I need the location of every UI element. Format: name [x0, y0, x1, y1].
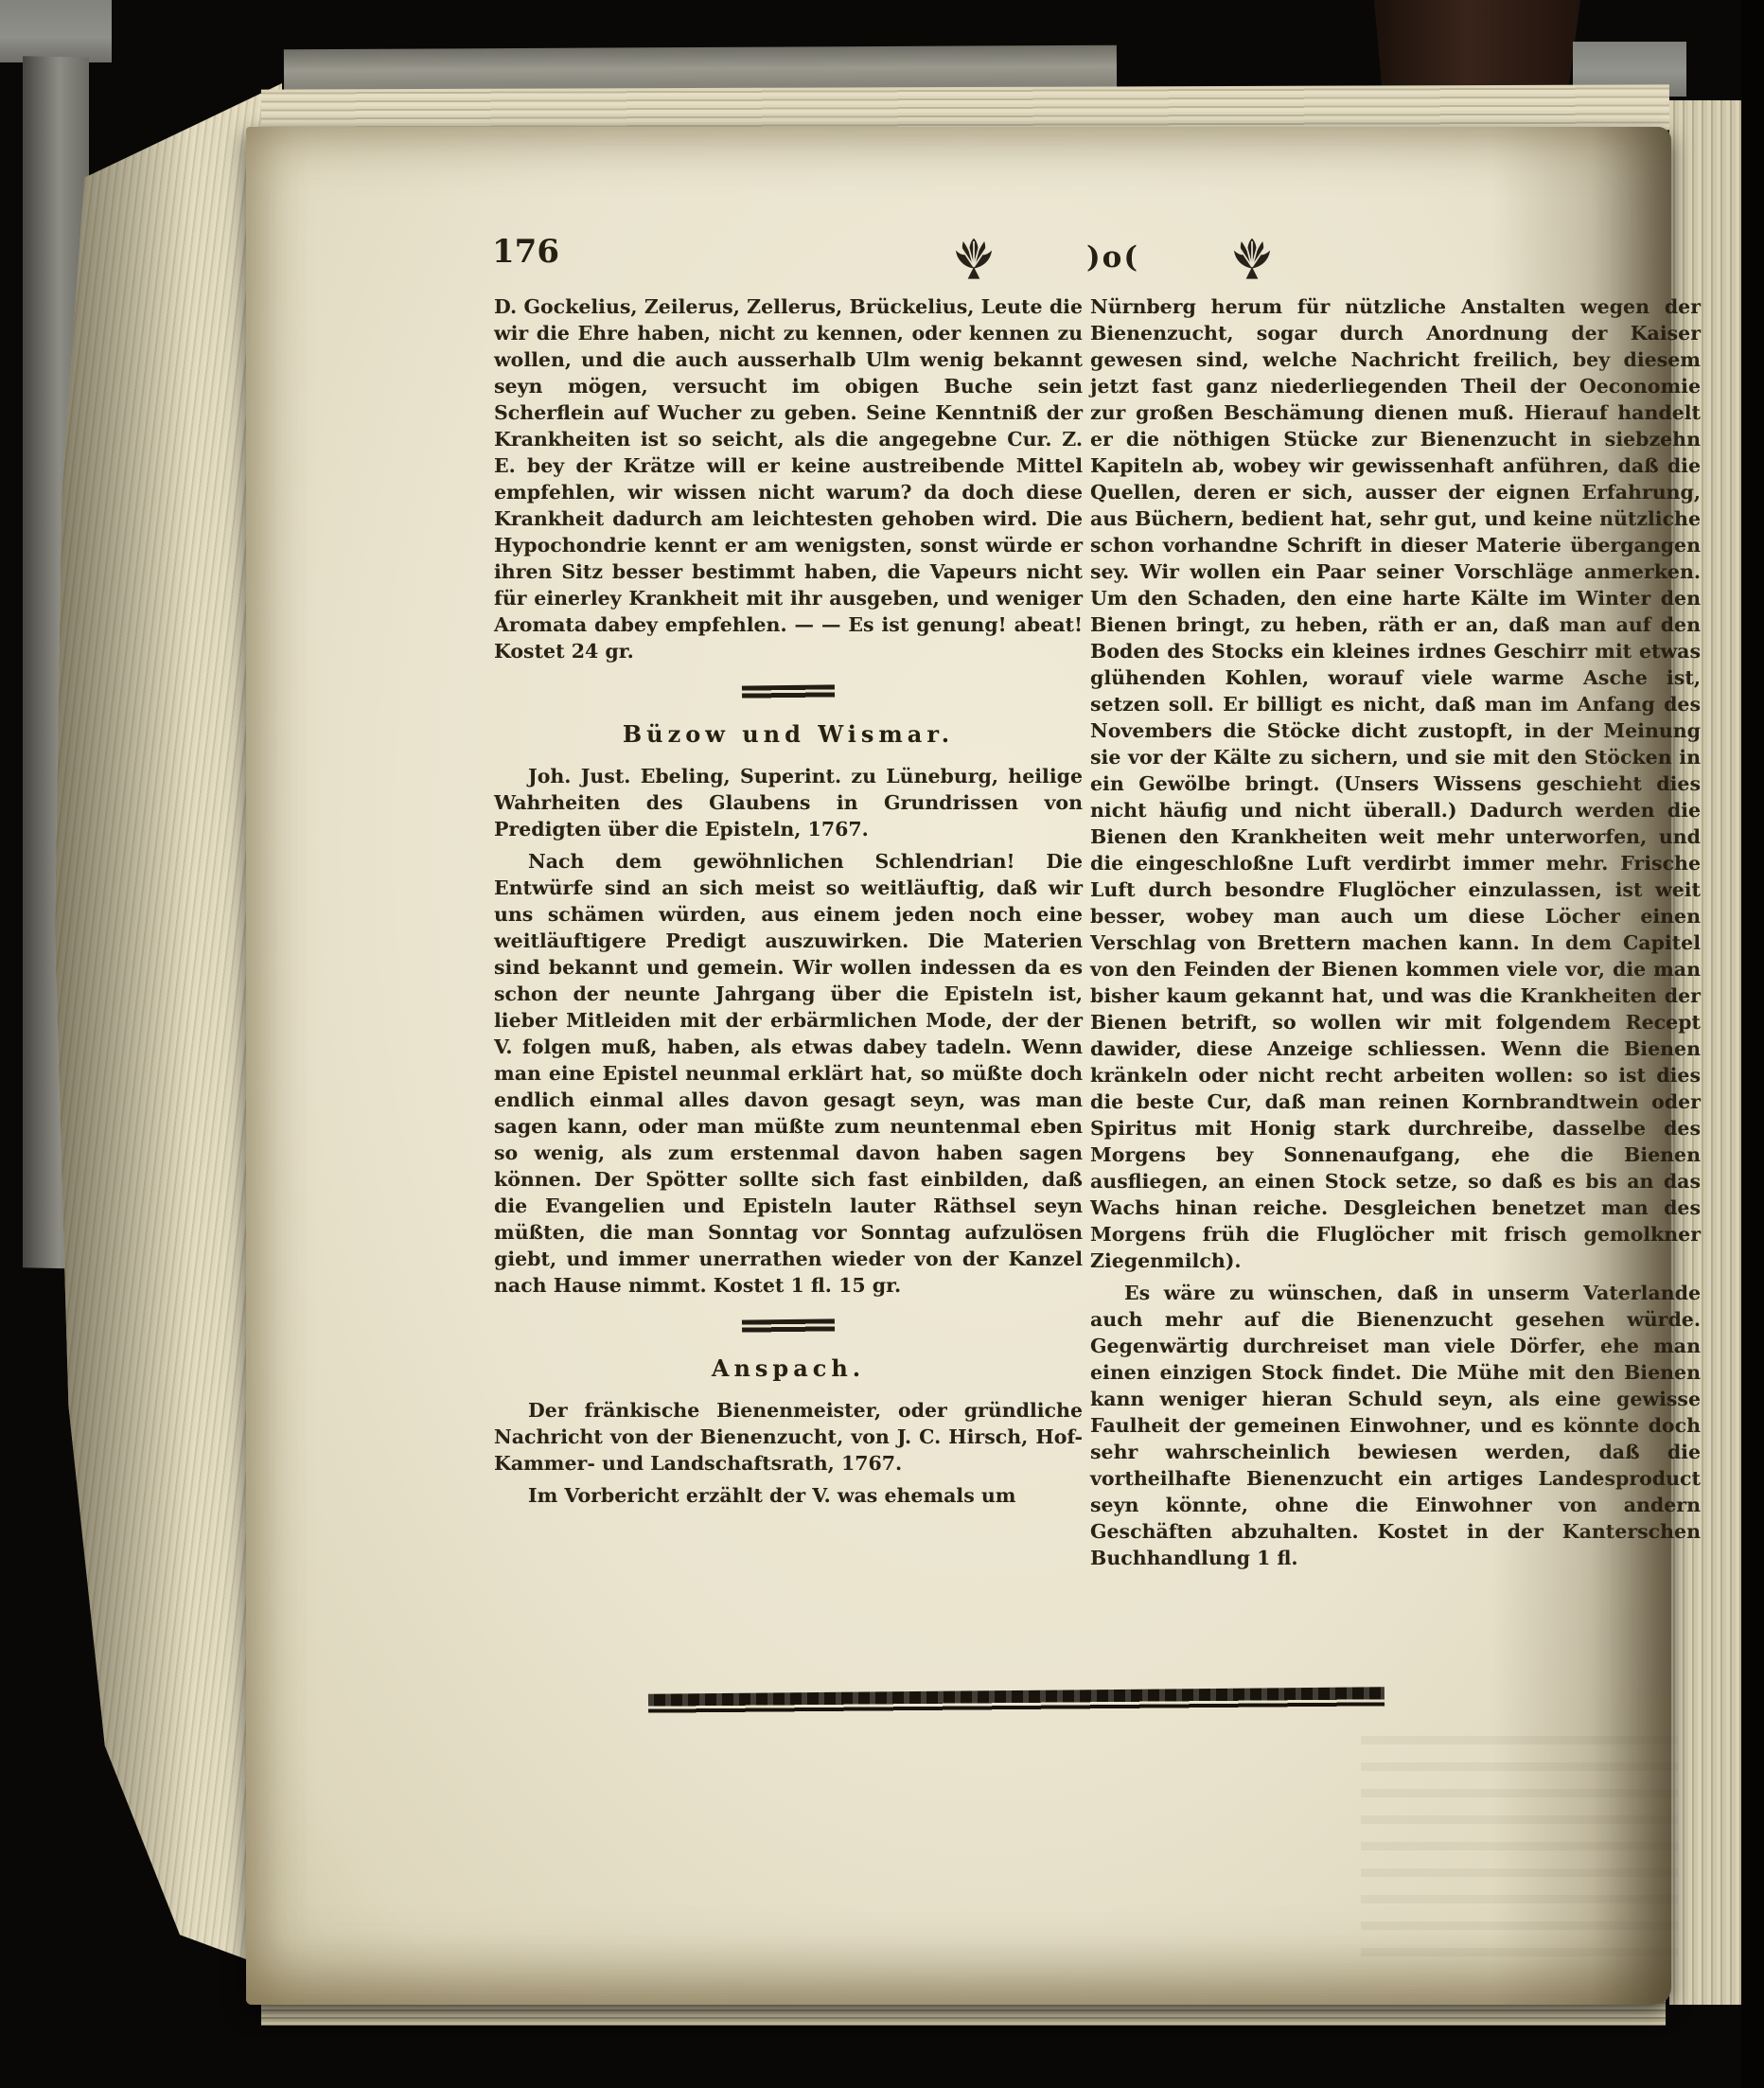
body-paragraph: Im Vorbericht erzählt der V. was ehemals…	[494, 1482, 1083, 1509]
section-heading: Büzow und Wismar.	[494, 721, 1083, 748]
gathering-mark: )o(	[1086, 240, 1139, 274]
section-divider	[742, 684, 835, 699]
section-heading: Anspach.	[494, 1355, 1083, 1382]
body-paragraph: Nach dem gewöhnlichen Schlendrian! Die E…	[494, 848, 1083, 1299]
shell-fleuron-icon	[948, 237, 999, 282]
book-page: 176 )o( D. G	[246, 127, 1671, 2005]
left-column: D. Gockelius, Zeilerus, Zellerus, Brücke…	[494, 293, 1083, 1514]
body-paragraph: D. Gockelius, Zeilerus, Zellerus, Brücke…	[494, 293, 1083, 664]
body-paragraph: Der fränkische Bienenmeister, oder gründ…	[494, 1397, 1083, 1477]
book-cover-corner	[0, 0, 112, 62]
header-ornaments: )o(	[948, 235, 1278, 284]
background-shadow	[1741, 0, 1764, 2088]
shell-fleuron-icon	[1226, 237, 1278, 282]
bookmark-ribbon	[1374, 0, 1580, 93]
section-divider	[742, 1318, 835, 1333]
bottom-rule	[648, 1687, 1385, 1714]
page-number: 176	[492, 233, 559, 271]
body-paragraph: Joh. Just. Ebeling, Superint. zu Lünebur…	[494, 763, 1083, 842]
gutter-shadow	[1491, 127, 1671, 2005]
book-photo: 176 )o( D. G	[0, 0, 1764, 2088]
